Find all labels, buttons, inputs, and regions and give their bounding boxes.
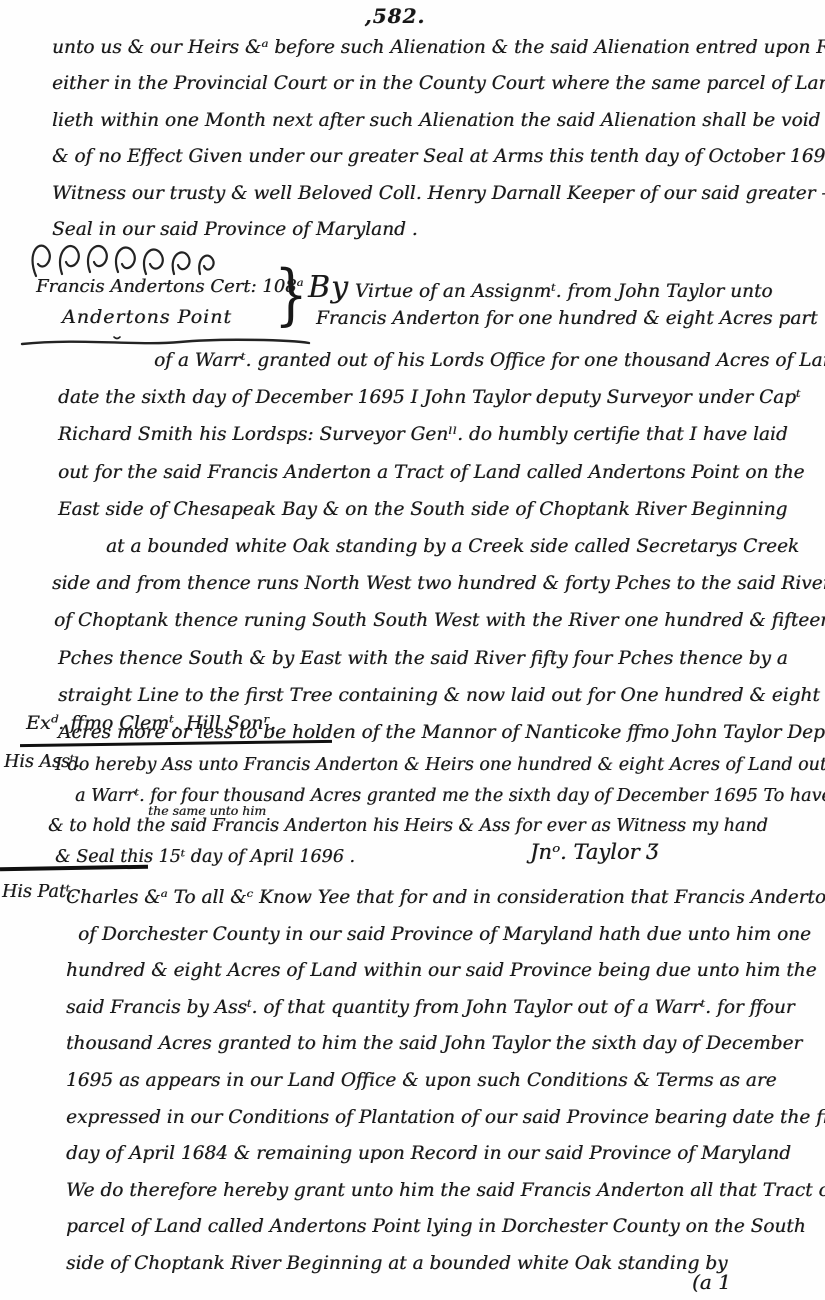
manuscript-page: { "page": { "number": ",582.", "catchwor… bbox=[0, 0, 825, 1300]
text-line: 1695 as appears in our Land Office & upo… bbox=[66, 1063, 825, 1100]
text-line: of a Warrᵗ. granted out of his Lords Off… bbox=[154, 342, 825, 379]
text-line: of Choptank thence runing South South We… bbox=[54, 602, 825, 639]
text-line: lieth within one Month next after such A… bbox=[52, 103, 825, 139]
cert-margin-title: Francis Andertons Cert: 108ᵃ bbox=[36, 276, 303, 297]
margin-brace: } bbox=[274, 260, 308, 330]
text-line: at a bounded white Oak standing by a Cre… bbox=[106, 528, 825, 565]
patent-margin-label: His Patᵗ. bbox=[2, 882, 76, 902]
text-line: East side of Chesapeak Bay & on the Sout… bbox=[58, 491, 825, 528]
text-line: straight Line to the first Tree containi… bbox=[58, 677, 825, 714]
text-line: date the sixth day of December 1695 I Jo… bbox=[58, 379, 825, 416]
text-line: Witness our trusty & well Beloved Coll. … bbox=[52, 176, 825, 212]
text-line: unto us & our Heirs &ᵃ before such Alien… bbox=[52, 30, 825, 66]
text-line: Richard Smith his Lordsps: Surveyor Genˡ… bbox=[58, 416, 825, 453]
examined-note: Exᵈ. ffmo Clemᵗ. Hill Sonʳ. bbox=[26, 712, 276, 734]
catchword: (a 1 bbox=[692, 1270, 731, 1294]
signature: Jnᵒ. Taylor Ʒ bbox=[530, 840, 658, 864]
opening-paragraph: unto us & our Heirs &ᵃ before such Alien… bbox=[52, 30, 825, 248]
text-line: We do therefore hereby grant unto him th… bbox=[66, 1173, 825, 1210]
text-line: hundred & eight Acres of Land within our… bbox=[66, 953, 825, 990]
text-line: of Dorchester County in our said Provinc… bbox=[78, 917, 825, 954]
text-line: thousand Acres granted to him the said J… bbox=[66, 1026, 825, 1063]
cert-opening-line: Francis Anderton for one hundred & eight… bbox=[316, 308, 818, 329]
certificate-body: of a Warrᵗ. granted out of his Lords Off… bbox=[58, 342, 825, 751]
text-line: & of no Effect Given under our greater S… bbox=[52, 139, 825, 175]
text-line: & Seal this 15ᵗ day of April 1696 . bbox=[55, 842, 825, 873]
text-line: I do hereby Ass unto Francis Anderton & … bbox=[55, 750, 825, 781]
text-line: parcel of Land called Andertons Point ly… bbox=[66, 1209, 825, 1246]
decorated-initial: By bbox=[308, 270, 349, 305]
text-line: expressed in our Conditions of Plantatio… bbox=[66, 1100, 825, 1137]
cert-opening-text: Virtue of an Assignmᵗ. from John Taylor … bbox=[349, 281, 773, 302]
text-line: Pches thence South & by East with the sa… bbox=[58, 640, 825, 677]
cert-opening-line: By Virtue of an Assignmᵗ. from John Tayl… bbox=[308, 270, 773, 305]
text-line: out for the said Francis Anderton a Trac… bbox=[58, 454, 825, 491]
text-line: Charles &ᵃ To all &ᶜ Know Yee that for a… bbox=[66, 880, 825, 917]
page-number: ,582. bbox=[0, 4, 790, 28]
text-line: said Francis by Assᵗ. of that quantity f… bbox=[66, 990, 825, 1027]
text-line: side and from thence runs North West two… bbox=[52, 565, 825, 602]
interlinear-insertion: the same unto him bbox=[148, 803, 266, 818]
cert-margin-tract-name: Andertons Point bbox=[62, 306, 232, 328]
text-line: day of April 1684 & remaining upon Recor… bbox=[66, 1136, 825, 1173]
text-line: either in the Provincial Court or in the… bbox=[52, 66, 825, 102]
patent-body: Charles &ᵃ To all &ᶜ Know Yee that for a… bbox=[66, 880, 825, 1283]
